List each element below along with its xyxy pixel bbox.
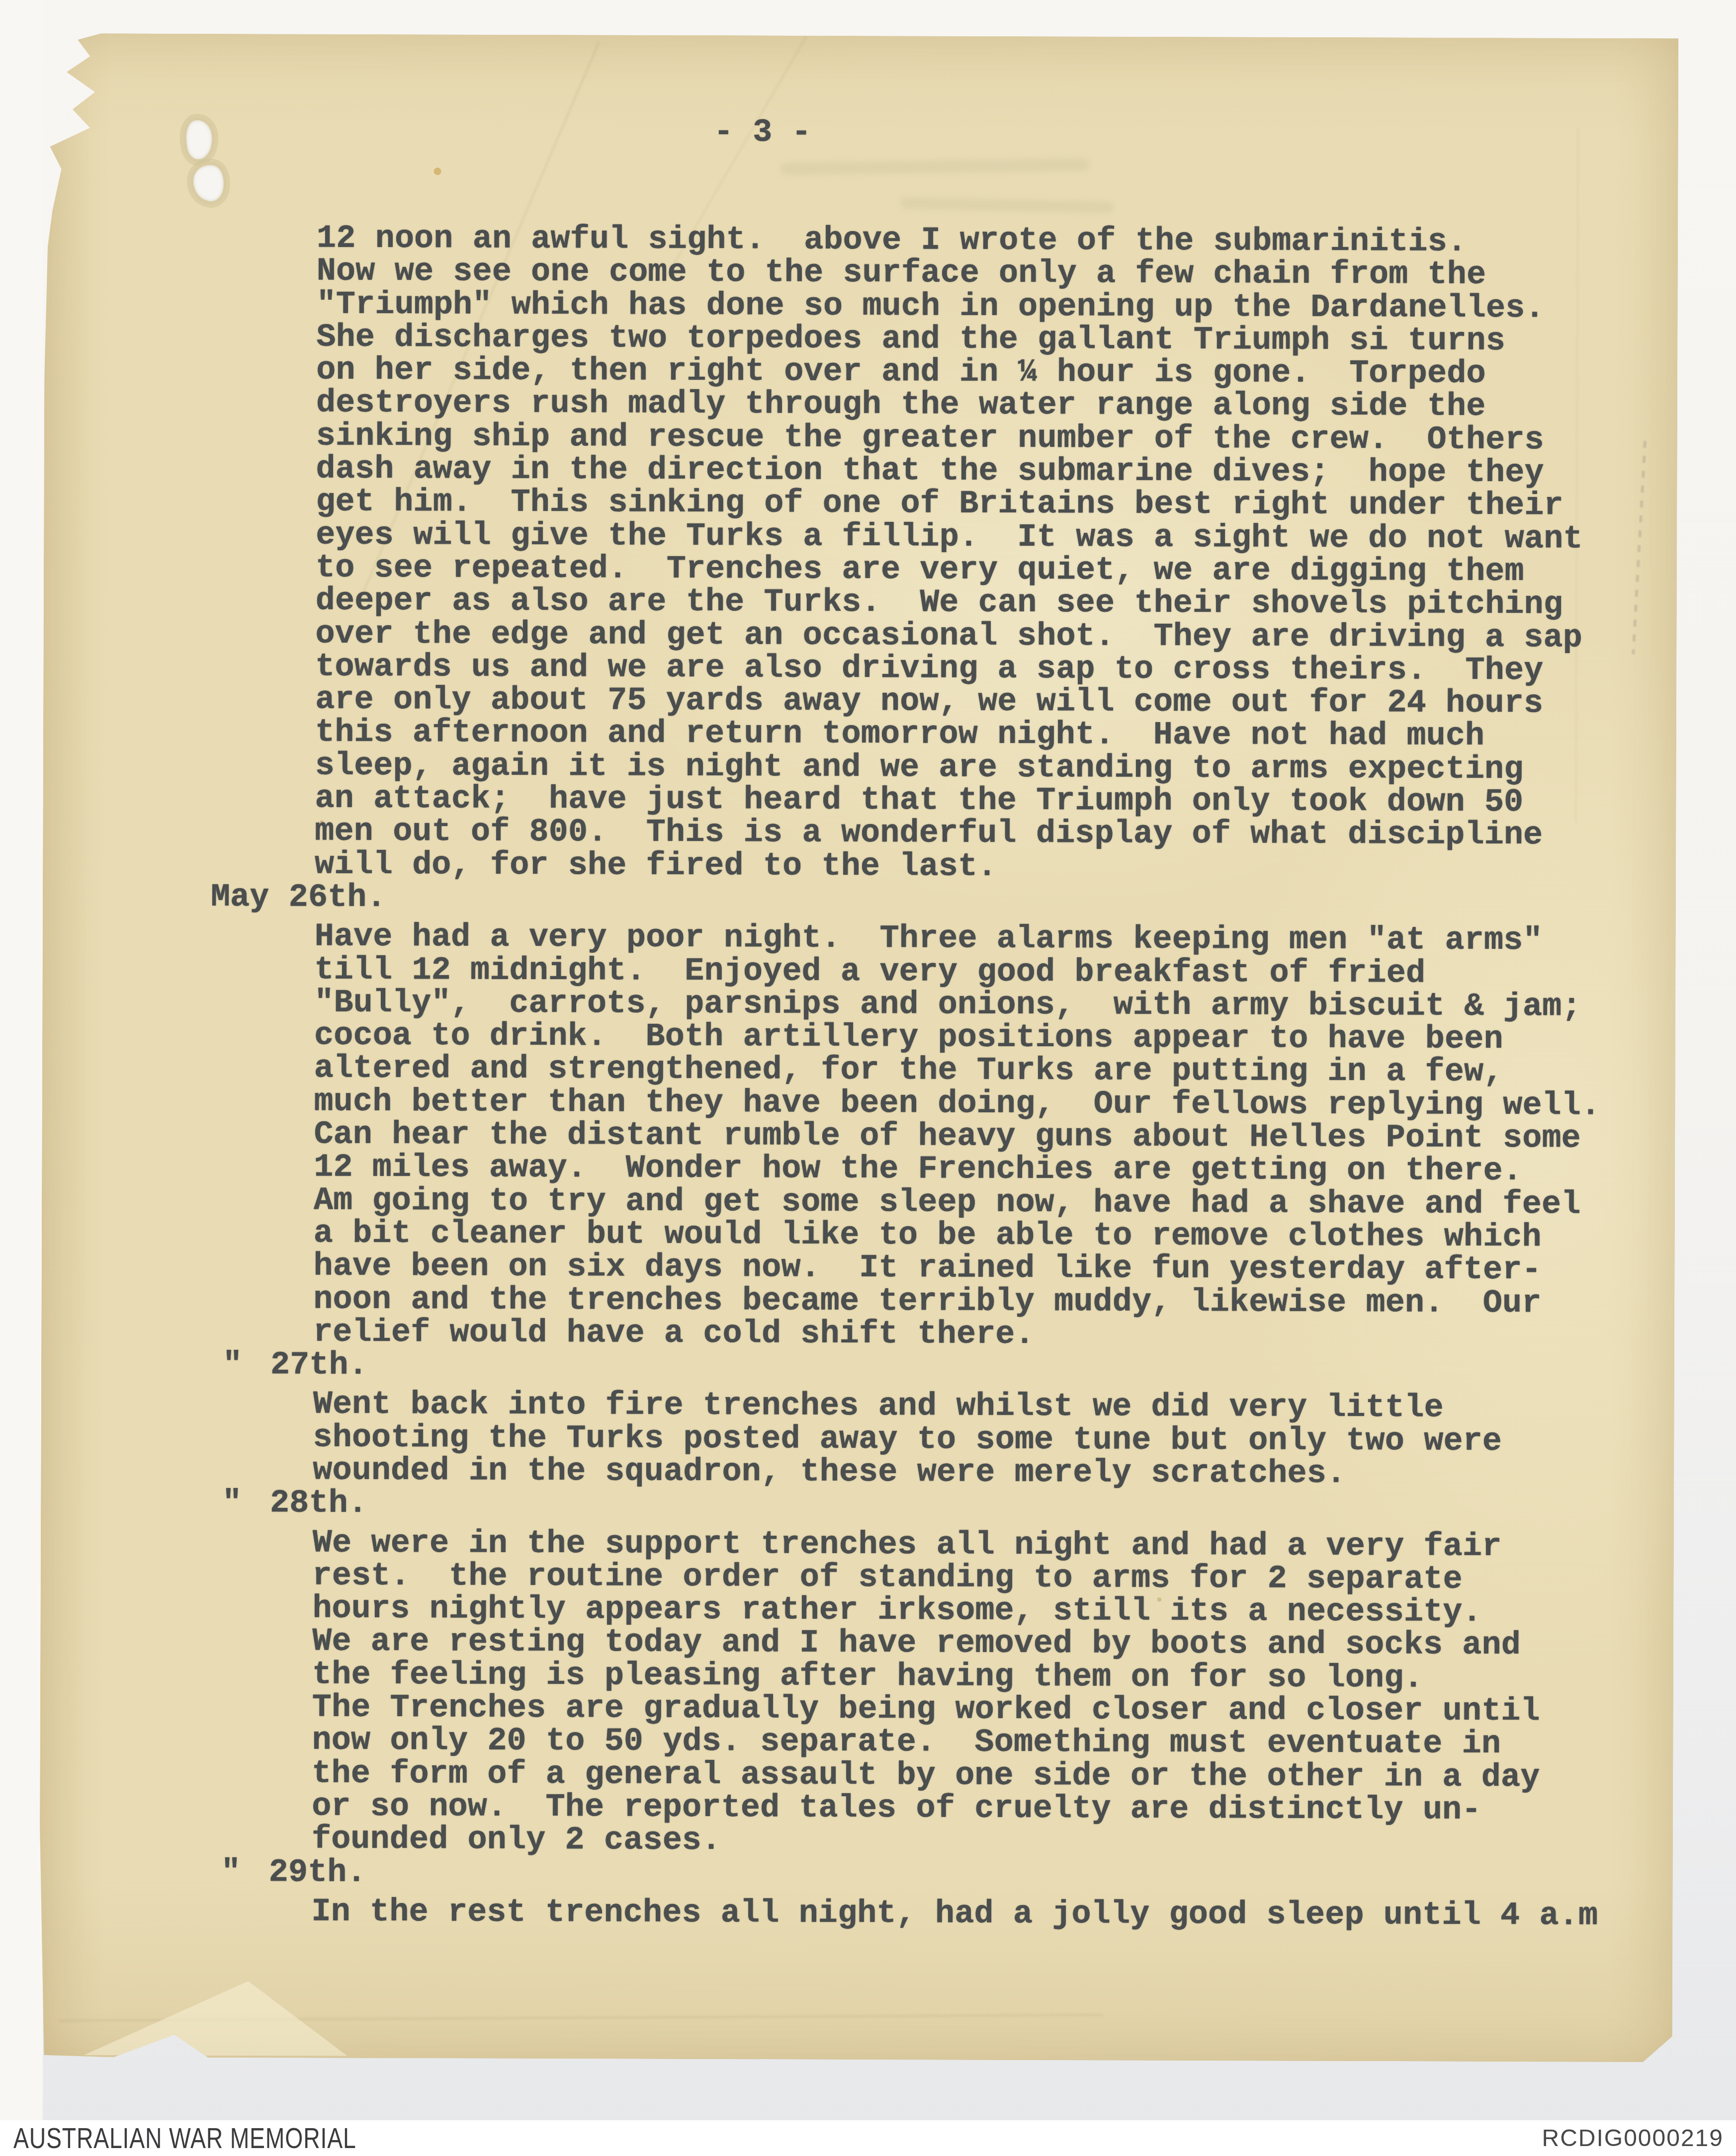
date-heading-line: "27th. xyxy=(41,1348,1674,1386)
ditto-mark: " xyxy=(223,1348,242,1381)
typed-line: now only 20 to 50 yds. separate. Somethi… xyxy=(40,1723,1673,1761)
typed-line: deeper as also are the Turks. We can see… xyxy=(44,583,1677,622)
typed-line: this afternoon and return tomorrow night… xyxy=(43,715,1676,753)
typed-line: the feeling is pleasing after having the… xyxy=(40,1658,1673,1696)
typed-line: shooting the Turks posted away to some t… xyxy=(41,1420,1674,1459)
typed-line: over the edge and get an occasional shot… xyxy=(44,616,1677,655)
date-heading: 29th. xyxy=(269,1856,366,1889)
archive-name-label: AUSTRALIAN WAR MEMORIAL xyxy=(13,2122,356,2155)
typed-line: She discharges two torpedoes and the gal… xyxy=(44,320,1677,358)
typed-line: are only about 75 yards away now, we wil… xyxy=(43,682,1676,721)
typed-line: sleep, again it is night and we are stan… xyxy=(43,748,1676,787)
diary-text-block: 12 noon an awful sight. above I wrote of… xyxy=(39,221,1678,1932)
date-heading-line: "29th. xyxy=(40,1855,1673,1893)
typed-line: noon and the trenches became terribly mu… xyxy=(41,1282,1674,1320)
archive-id-label: RCDIG0000219 xyxy=(1542,2125,1724,2152)
typed-line: sinking ship and rescue the greater numb… xyxy=(44,419,1677,457)
typed-line: much better than they have been doing, O… xyxy=(42,1084,1675,1123)
typed-line: an attack; have just heard that the Triu… xyxy=(43,781,1676,820)
typed-line: "Bully", carrots, parsnips and onions, w… xyxy=(42,986,1675,1024)
typed-line: 12 miles away. Wonder how the Frenchies … xyxy=(42,1150,1675,1188)
page-number: - 3 - xyxy=(714,114,811,151)
typed-line: Am going to try and get some sleep now, … xyxy=(42,1183,1675,1221)
typed-line: till 12 midnight. Enjoyed a very good br… xyxy=(42,952,1675,991)
typed-line: a bit cleaner but would like to be able … xyxy=(42,1216,1675,1254)
date-heading-line: "28th. xyxy=(41,1486,1674,1524)
typed-line: destroyers rush madly through the water … xyxy=(44,386,1677,424)
typed-line: the form of a general assault by one sid… xyxy=(40,1756,1673,1794)
typed-line: get him. This sinking of one of Britains… xyxy=(44,485,1677,523)
typewritten-text-layer: - 3 - 12 noon an awful sight. above I wr… xyxy=(39,33,1679,2062)
date-heading-line: May 26th. xyxy=(43,880,1676,918)
typed-line: In the rest trenches all night, had a jo… xyxy=(39,1895,1672,1933)
typed-line: altered and strengthened, for the Turks … xyxy=(42,1051,1675,1089)
typed-line: Now we see one come to the surface only … xyxy=(45,254,1678,292)
typed-line: Can hear the distant rumble of heavy gun… xyxy=(42,1117,1675,1156)
typed-line: to see repeated. Trenches are very quiet… xyxy=(44,551,1677,589)
typed-line: men out of 800. This is a wonderful disp… xyxy=(43,814,1676,852)
typed-line: We were in the support trenches all nigh… xyxy=(41,1525,1674,1564)
typed-line: "Triumph" which has done so much in open… xyxy=(45,287,1678,325)
typed-line: hours nightly appears rather irksome, st… xyxy=(40,1591,1673,1630)
typed-line: 12 noon an awful sight. above I wrote of… xyxy=(45,221,1678,259)
scanned-page-background: - 3 - 12 noon an awful sight. above I wr… xyxy=(0,0,1736,2156)
typed-line: on her side, then right over and in ¼ ho… xyxy=(44,353,1677,391)
document-page: - 3 - 12 noon an awful sight. above I wr… xyxy=(39,33,1679,2062)
date-heading: 27th. xyxy=(270,1348,368,1382)
typed-line: The Trenches are gradually being worked … xyxy=(40,1690,1673,1729)
scanner-edge-strip xyxy=(0,0,43,2156)
typed-line: cocoa to drink. Both artillery positions… xyxy=(42,1018,1675,1057)
typed-line: We are resting today and I have removed … xyxy=(40,1624,1673,1662)
ditto-mark: " xyxy=(222,1487,242,1519)
typed-line: towards us and we are also driving a sap… xyxy=(43,650,1676,688)
viewer-footer-bar: AUSTRALIAN WAR MEMORIAL RCDIG0000219 xyxy=(0,2120,1736,2156)
typed-line: rest. the routine order of standing to a… xyxy=(41,1559,1674,1597)
typed-line: eyes will give the Turks a fillip. It wa… xyxy=(44,518,1677,556)
typed-line: or so now. The reported tales of cruelty… xyxy=(40,1789,1673,1827)
typed-line: Went back into fire trenches and whilst … xyxy=(41,1387,1674,1425)
typed-line: have been on six days now. It rained lik… xyxy=(42,1249,1675,1287)
typed-line: Have had a very poor night. Three alarms… xyxy=(43,919,1676,958)
ditto-mark: " xyxy=(221,1856,241,1889)
date-heading: 28th. xyxy=(270,1487,367,1520)
typed-line: dash away in the direction that the subm… xyxy=(44,452,1677,490)
